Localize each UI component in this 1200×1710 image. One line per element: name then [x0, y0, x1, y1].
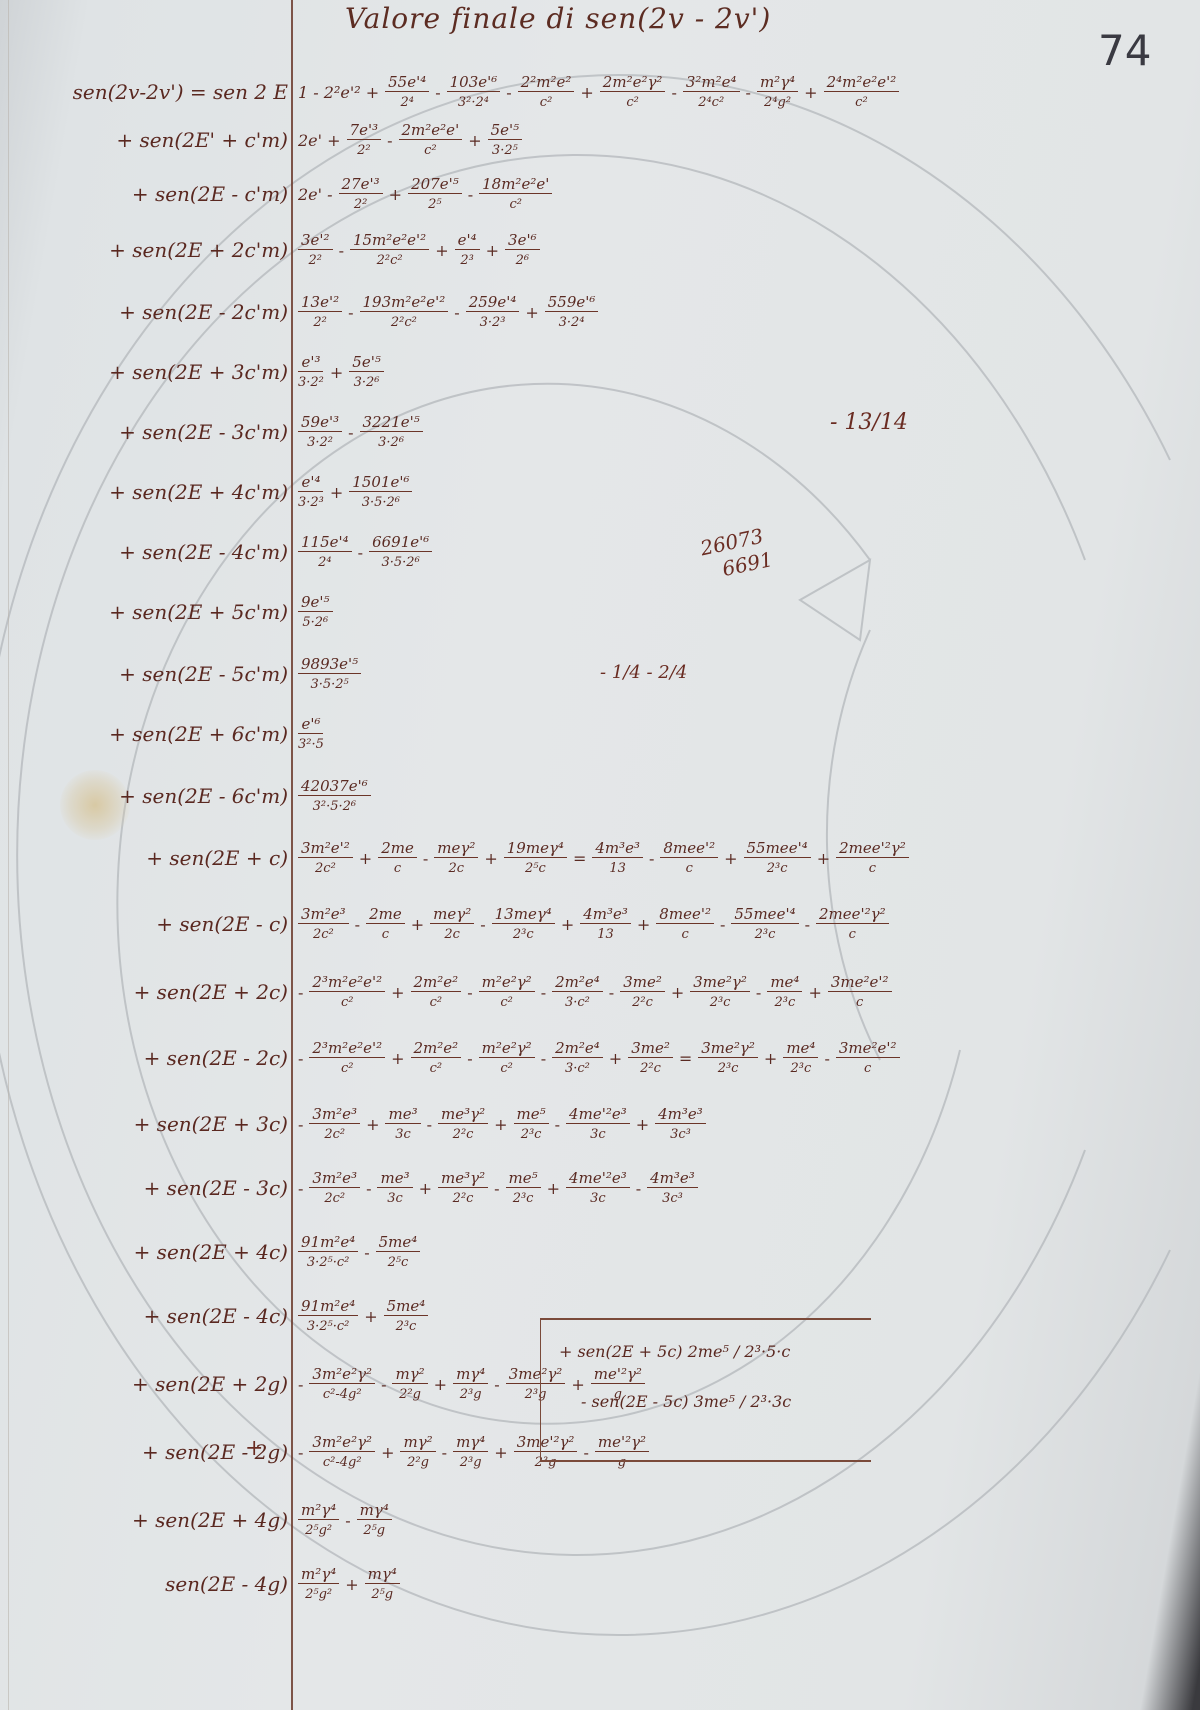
row-label: + sen(2E - 6c'm) — [119, 784, 288, 808]
fraction-term: e'⁶3²·5 — [298, 716, 324, 753]
fraction-term: 207e'⁵2⁵ — [408, 176, 462, 213]
row-label: + sen(2E + 4c) — [134, 1240, 288, 1264]
operator: - — [468, 185, 473, 204]
denominator: c²-4g² — [323, 1384, 362, 1403]
series-row: + sen(2E - c'm)2e' -27e'³2²+207e'⁵2⁵-18m… — [0, 182, 1200, 222]
series-row: + sen(2E + 3c'm)e'³3·2²+5e'⁵3·2⁶ — [0, 360, 1200, 400]
series-row: sen(2E - 4g)m²γ⁴2⁵g²+mγ⁴2⁵g — [0, 1572, 1200, 1612]
fraction-term: me³3c — [377, 1170, 412, 1207]
denominator: c² — [500, 992, 513, 1011]
fraction-term: m²γ⁴2⁴g² — [757, 74, 798, 111]
operator: - — [494, 1375, 499, 1394]
operator: + — [330, 363, 343, 382]
numerator: 2mee'²γ² — [836, 840, 909, 858]
denominator: c — [394, 858, 401, 877]
denominator: 3c — [395, 1124, 411, 1143]
numerator: 7e'³ — [347, 122, 382, 140]
denominator: 2³c — [767, 858, 788, 877]
fraction-term: e'⁴3·2³ — [298, 474, 324, 511]
fraction-term: 7e'³2² — [347, 122, 382, 159]
operator: + — [468, 131, 481, 150]
denominator: 3·2⁶ — [354, 372, 380, 391]
page-title: Valore finale di sen(2v - 2v') — [345, 2, 771, 35]
row-label: + sen(2E + 2c) — [134, 980, 288, 1004]
numerator: 3me²γ² — [690, 974, 750, 992]
denominator: 2c — [444, 924, 460, 943]
operator: - — [636, 1179, 641, 1198]
numerator: 3me² — [620, 974, 665, 992]
operator: - — [358, 543, 363, 562]
numerator: 559e'⁶ — [545, 294, 599, 312]
denominator: c² — [341, 1058, 354, 1077]
operator: - — [555, 1115, 560, 1134]
fraction-term: me⁴2³c — [767, 974, 802, 1011]
fraction-term: 8mee'²c — [656, 906, 714, 943]
numerator: 3e'⁶ — [505, 232, 540, 250]
series-row: + sen(2E + 6c'm)e'⁶3²·5 — [0, 722, 1200, 762]
denominator: 3·5·2⁶ — [362, 492, 400, 511]
numerator: 2²m²e² — [518, 74, 575, 92]
fraction-term: 5e'⁵3·2⁵ — [488, 122, 523, 159]
numerator: 5me⁴ — [376, 1234, 421, 1252]
numerator: 2⁴m²e²e'² — [824, 74, 900, 92]
numerator: 27e'³ — [339, 176, 383, 194]
numerator: 2m²e⁴ — [552, 974, 603, 992]
manuscript-page: Valore finale di sen(2v - 2v') 74 sen(2v… — [0, 0, 1200, 1710]
denominator: 2⁴ — [318, 552, 331, 571]
numerator: 3me²e'² — [836, 1040, 900, 1058]
operator: - — [366, 1179, 371, 1198]
numerator: 3me²γ² — [698, 1040, 758, 1058]
fraction-term: 5me⁴2³c — [384, 1298, 429, 1335]
fraction-term: 3me²γ²2³c — [690, 974, 750, 1011]
row-terms: 3m²e³2c²-2mec+meγ²2c-13meγ⁴2³c+4m³e³13+8… — [298, 906, 889, 943]
plain-term: 1 - 2²e'² + — [298, 84, 379, 101]
row-label: + sen(2E + 4g) — [132, 1508, 288, 1532]
denominator: 2³g — [460, 1384, 482, 1403]
numerator: me³γ² — [438, 1170, 488, 1188]
operator: + — [411, 915, 424, 934]
row-terms: 13e'²2²-193m²e²e'²2²c²-259e'⁴3·2³+559e'⁶… — [298, 294, 598, 331]
denominator: 2⁵g² — [305, 1584, 332, 1603]
operator: - — [746, 83, 751, 102]
operator: + — [764, 1049, 777, 1068]
row-label: + sen(2E - c'm) — [132, 182, 288, 206]
operator: - — [442, 1443, 447, 1462]
operator: + — [808, 983, 821, 1002]
numerator: meγ² — [430, 906, 474, 924]
fraction-term: 59e'³3·2² — [298, 414, 342, 451]
row-label: + sen(2E + 3c'm) — [109, 360, 288, 384]
denominator: 2³c — [774, 992, 795, 1011]
series-row: sen(2v-2v') = sen 2 E1 - 2²e'² +55e'⁴2⁴-… — [0, 80, 1200, 120]
row-label: + sen(2E - 4c) — [144, 1304, 288, 1328]
denominator: 3c³ — [662, 1188, 683, 1207]
denominator: 2³c — [513, 1188, 534, 1207]
row-label: sen(2v-2v') = sen 2 E — [73, 80, 288, 104]
denominator: 3c — [387, 1188, 403, 1207]
fraction-term: 55mee'⁴2³c — [731, 906, 798, 943]
fraction-term: 3e'⁶2⁶ — [505, 232, 540, 269]
operator: - — [467, 1049, 472, 1068]
numerator: mγ⁴ — [453, 1434, 488, 1452]
operator: + — [486, 241, 499, 260]
fraction-term: 91m²e⁴3·2⁵·c² — [298, 1234, 358, 1271]
fraction-term: me⁴2³c — [783, 1040, 818, 1077]
numerator: me³ — [385, 1106, 420, 1124]
fraction-term: 4m³e³3c³ — [655, 1106, 706, 1143]
series-row: + sen(2E - c)3m²e³2c²-2mec+meγ²2c-13meγ⁴… — [0, 912, 1200, 952]
denominator: 2⁵g — [371, 1584, 393, 1603]
numerator: e'³ — [298, 354, 323, 372]
row-label: sen(2E - 4g) — [165, 1572, 288, 1596]
operator: + — [494, 1443, 507, 1462]
numerator: 2³m²e²e'² — [309, 1040, 385, 1058]
fraction-term: m²γ⁴2⁵g² — [298, 1502, 339, 1539]
series-row: + sen(2E' + c'm)2e' +7e'³2²-2m²e²e'c²+5e… — [0, 128, 1200, 168]
numerator: 2³m²e²e'² — [309, 974, 385, 992]
denominator: c² — [509, 194, 522, 213]
denominator: 2c — [449, 858, 465, 877]
fraction-term: 2mec — [366, 906, 405, 943]
numerator: mγ⁴ — [357, 1502, 392, 1520]
operator: - — [348, 303, 353, 322]
fraction-term: m²e²γ²c² — [479, 1040, 535, 1077]
series-row: + sen(2E + 3c)-3m²e³2c²+me³3c-me³γ²2²c+m… — [0, 1112, 1200, 1152]
fraction-term: 2m²e²c² — [411, 1040, 462, 1077]
denominator: 3·2⁵·c² — [307, 1252, 350, 1271]
fraction-term: 91m²e⁴3·2⁵·c² — [298, 1298, 358, 1335]
row-terms: 115e'⁴2⁴-6691e'⁶3·5·2⁶ — [298, 534, 432, 571]
row-terms: m²γ⁴2⁵g²+mγ⁴2⁵g — [298, 1566, 400, 1603]
operator: - — [609, 983, 614, 1002]
operator: + — [435, 241, 448, 260]
denominator: 2²g — [407, 1452, 429, 1471]
denominator: 2c² — [324, 1124, 345, 1143]
fraction-term: mγ⁴2³g — [453, 1366, 488, 1403]
operator: + — [389, 185, 402, 204]
numerator: m²γ⁴ — [298, 1502, 339, 1520]
numerator: 2m²e²e' — [399, 122, 463, 140]
numerator: mγ⁴ — [453, 1366, 488, 1384]
operator: + — [547, 1179, 560, 1198]
fraction-term: 2mec — [378, 840, 417, 877]
operator: - — [348, 423, 353, 442]
numerator: 2m²e² — [411, 1040, 462, 1058]
operator: - — [824, 1049, 829, 1068]
numerator: 13meγ⁴ — [492, 906, 555, 924]
fraction-term: 15m²e²e'²2²c² — [350, 232, 429, 269]
denominator: c² — [626, 92, 639, 111]
operator: - — [671, 83, 676, 102]
fraction-term: 18m²e²e'c² — [479, 176, 552, 213]
series-row: + sen(2E - 4c'm)115e'⁴2⁴-6691e'⁶3·5·2⁶ — [0, 540, 1200, 580]
fraction-term: 55mee'⁴2³c — [744, 840, 811, 877]
series-row: + sen(2E - 3c'm)59e'³3·2²-3221e'⁵3·2⁶ — [0, 420, 1200, 460]
denominator: c² — [430, 992, 443, 1011]
boxed-note: + sen(2E + 5c) 2me⁵ / 2³·5·c - sen(2E - … — [540, 1318, 871, 1462]
operator: + — [637, 915, 650, 934]
numerator: 18m²e²e' — [479, 176, 552, 194]
denominator: c² — [424, 140, 437, 159]
row-terms: 2e' +7e'³2²-2m²e²e'c²+5e'⁵3·2⁵ — [298, 122, 522, 159]
row-terms: 3e'²2²-15m²e²e'²2²c²+e'⁴2³+3e'⁶2⁶ — [298, 232, 540, 269]
numerator: 4m³e³ — [647, 1170, 698, 1188]
fraction-term: 2⁴m²e²e'²c² — [824, 74, 900, 111]
row-terms: -2³m²e²e'²c²+2m²e²c²-m²e²γ²c²-2m²e⁴3·c²+… — [298, 1040, 900, 1077]
row-label: + sen(2E + c) — [146, 846, 288, 870]
fraction-term: 3me²2²c — [628, 1040, 673, 1077]
series-row: + sen(2E - 2c'm)13e'²2²-193m²e²e'²2²c²-2… — [0, 300, 1200, 340]
numerator: 3me² — [628, 1040, 673, 1058]
numerator: m²γ⁴ — [757, 74, 798, 92]
fraction-term: 5me⁴2⁵c — [376, 1234, 421, 1271]
numerator: 13e'² — [298, 294, 342, 312]
numerator: m²γ⁴ — [298, 1566, 339, 1584]
numerator: me⁴ — [767, 974, 802, 992]
denominator: 3·2² — [307, 432, 333, 451]
numerator: 9e'⁵ — [298, 594, 333, 612]
numerator: 2m²e² — [411, 974, 462, 992]
denominator: 2c² — [324, 1188, 345, 1207]
operator: + — [525, 303, 538, 322]
operator: - — [298, 1443, 303, 1462]
fraction-term: 3e'²2² — [298, 232, 333, 269]
operator: - — [494, 1179, 499, 1198]
row-terms: -3m²e³2c²-me³3c+me³γ²2²c-me⁵2³c+4me'²e³3… — [298, 1170, 698, 1207]
numerator: 2me — [366, 906, 405, 924]
row-label: + sen(2E - 2c) — [144, 1046, 288, 1070]
denominator: 3·2⁶ — [378, 432, 404, 451]
fraction-term: mγ⁴2³g — [453, 1434, 488, 1471]
operator: - — [541, 1049, 546, 1068]
denominator: 2²c — [453, 1124, 474, 1143]
numerator: 55mee'⁴ — [744, 840, 811, 858]
operator: - — [298, 1049, 303, 1068]
fraction-term: me⁵2³c — [506, 1170, 541, 1207]
numerator: 2mee'²γ² — [816, 906, 889, 924]
row-terms: -3m²e³2c²+me³3c-me³γ²2²c+me⁵2³c-4me'²e³3… — [298, 1106, 706, 1143]
numerator: 91m²e⁴ — [298, 1234, 358, 1252]
numerator: me⁵ — [514, 1106, 549, 1124]
fraction-term: 2³m²e²e'²c² — [309, 974, 385, 1011]
numerator: me³γ² — [438, 1106, 488, 1124]
operator: - — [805, 915, 810, 934]
numerator: 4me'²e³ — [566, 1170, 630, 1188]
denominator: 2²g — [399, 1384, 421, 1403]
series-row: + sen(2E - 2c)-2³m²e²e'²c²+2m²e²c²-m²e²γ… — [0, 1046, 1200, 1086]
fraction-term: 559e'⁶3·2⁴ — [545, 294, 599, 331]
boxed-note-line-1: + sen(2E + 5c) 2me⁵ / 2³·5·c — [559, 1342, 790, 1361]
denominator: c — [869, 858, 876, 877]
operator: - — [480, 915, 485, 934]
denominator: c² — [500, 1058, 513, 1077]
denominator: 3·2⁵·c² — [307, 1316, 350, 1335]
fraction-term: 42037e'⁶3²·5·2⁶ — [298, 778, 371, 815]
numerator: 42037e'⁶ — [298, 778, 371, 796]
fraction-term: 3m²e³2c² — [298, 906, 349, 943]
series-row: + sen(2E + 4c)91m²e⁴3·2⁵·c²-5me⁴2⁵c — [0, 1240, 1200, 1280]
fraction-term: m²e²γ²c² — [479, 974, 535, 1011]
fraction-term: m²γ⁴2⁵g² — [298, 1566, 339, 1603]
series-row: + sen(2E + 4g)m²γ⁴2⁵g²-mγ⁴2⁵g — [0, 1508, 1200, 1548]
series-row: + sen(2E + c)3m²e'²2c²+2mec-meγ²2c+19meγ… — [0, 846, 1200, 886]
numerator: me⁵ — [506, 1170, 541, 1188]
fraction-term: 4m³e³13 — [580, 906, 631, 943]
denominator: 2²c — [640, 1058, 661, 1077]
fraction-term: mγ²2²g — [400, 1434, 435, 1471]
operator: + — [434, 1375, 447, 1394]
operator: - — [649, 849, 654, 868]
plain-term: 2e' - — [298, 186, 333, 203]
margin-plus-mark: + — [245, 1436, 263, 1461]
denominator: 2⁴c² — [698, 92, 724, 111]
row-label: + sen(2E - 2c'm) — [119, 300, 288, 324]
numerator: e'⁶ — [298, 716, 323, 734]
numerator: m²e²γ² — [479, 1040, 535, 1058]
denominator: 2² — [309, 250, 322, 269]
denominator: c — [856, 992, 863, 1011]
series-row: + sen(2E + 5c'm)9e'⁵5·2⁶ — [0, 600, 1200, 640]
operator: + — [671, 983, 684, 1002]
row-terms: e'⁴3·2³+1501e'⁶3·5·2⁶ — [298, 474, 412, 511]
denominator: 2²c² — [391, 312, 417, 331]
row-terms: 59e'³3·2²-3221e'⁵3·2⁶ — [298, 414, 423, 451]
fraction-term: mγ²2²g — [392, 1366, 427, 1403]
numerator: 9893e'⁵ — [298, 656, 361, 674]
row-label: + sen(2E + 3c) — [134, 1112, 288, 1136]
denominator: c² — [855, 92, 868, 111]
numerator: me⁴ — [783, 1040, 818, 1058]
denominator: c — [382, 924, 389, 943]
denominator: 3·c² — [565, 992, 590, 1011]
fraction-term: 115e'⁴2⁴ — [298, 534, 352, 571]
denominator: 3²·5·2⁶ — [313, 796, 357, 815]
denominator: 3·5·2⁶ — [382, 552, 420, 571]
numerator: 55mee'⁴ — [731, 906, 798, 924]
denominator: 2²c² — [377, 250, 403, 269]
fraction-term: 2mee'²γ²c — [836, 840, 909, 877]
operator: - — [541, 983, 546, 1002]
denominator: 2⁵c — [525, 858, 546, 877]
fraction-term: 19meγ⁴2⁵c — [504, 840, 567, 877]
denominator: 2³c — [396, 1316, 417, 1335]
numerator: 91m²e⁴ — [298, 1298, 358, 1316]
numerator: 3m²e²γ² — [309, 1434, 375, 1452]
denominator: 2c² — [313, 924, 334, 943]
denominator: 2³c — [718, 1058, 739, 1077]
fraction-term: 4me'²e³3c — [566, 1170, 630, 1207]
numerator: 2m²e²γ² — [600, 74, 666, 92]
row-label: + sen(2E - 4c'm) — [119, 540, 288, 564]
operator: + — [381, 1443, 394, 1462]
numerator: 115e'⁴ — [298, 534, 352, 552]
margin-note-fraction: - 13/14 — [830, 410, 908, 435]
fraction-term: me³3c — [385, 1106, 420, 1143]
numerator: mγ⁴ — [365, 1566, 400, 1584]
numerator: 4m³e³ — [655, 1106, 706, 1124]
fraction-term: 3m²e²γ²c²-4g² — [309, 1366, 375, 1403]
series-row: + sen(2E + 4c'm)e'⁴3·2³+1501e'⁶3·5·2⁶ — [0, 480, 1200, 520]
numerator: 207e'⁵ — [408, 176, 462, 194]
fraction-term: 55e'⁴2⁴ — [385, 74, 429, 111]
operator: - — [355, 915, 360, 934]
fraction-term: me⁵2³c — [514, 1106, 549, 1143]
operator: + — [561, 915, 574, 934]
fraction-term: me³γ²2²c — [438, 1170, 488, 1207]
denominator: 2⁴g² — [764, 92, 791, 111]
numerator: 2me — [378, 840, 417, 858]
fraction-term: mγ⁴2⁵g — [357, 1502, 392, 1539]
denominator: 2⁵g² — [305, 1520, 332, 1539]
denominator: 2c² — [315, 858, 336, 877]
denominator: 2³c — [790, 1058, 811, 1077]
operator: = — [573, 849, 586, 868]
operator: + — [364, 1307, 377, 1326]
fraction-term: 6691e'⁶3·5·2⁶ — [369, 534, 432, 571]
operator: - — [454, 303, 459, 322]
operator: + — [345, 1575, 358, 1594]
fraction-term: 2²m²e²c² — [518, 74, 575, 111]
numerator: 5e'⁵ — [488, 122, 523, 140]
operator: + — [804, 83, 817, 102]
row-label: + sen(2E' + c'm) — [116, 128, 288, 152]
numerator: 55e'⁴ — [385, 74, 429, 92]
row-label: + sen(2E + 4c'm) — [109, 480, 288, 504]
operator: + — [391, 983, 404, 1002]
numerator: 19meγ⁴ — [504, 840, 567, 858]
denominator: 2⁵ — [428, 194, 441, 213]
row-label: + sen(2E + 2c'm) — [109, 238, 288, 262]
operator: - — [339, 241, 344, 260]
series-row: + sen(2E - 6c'm)42037e'⁶3²·5·2⁶ — [0, 784, 1200, 824]
denominator: 3·c² — [565, 1058, 590, 1077]
numerator: mγ² — [400, 1434, 435, 1452]
fraction-term: 13e'²2² — [298, 294, 342, 331]
denominator: 13 — [609, 858, 626, 877]
fraction-term: 193m²e²e'²2²c² — [360, 294, 449, 331]
fraction-term: 259e'⁴3·2³ — [466, 294, 520, 331]
numerator: 2m²e⁴ — [552, 1040, 603, 1058]
numerator: 8mee'² — [656, 906, 714, 924]
fraction-term: 3me²e'²c — [828, 974, 892, 1011]
row-label: + sen(2E - 5c'm) — [119, 662, 288, 686]
operator: = — [679, 1049, 692, 1068]
numerator: 8mee'² — [660, 840, 718, 858]
fraction-term: 3221e'⁵3·2⁶ — [360, 414, 423, 451]
fraction-term: meγ²2c — [430, 906, 474, 943]
fraction-term: 5e'⁵3·2⁶ — [349, 354, 384, 391]
denominator: c²-4g² — [323, 1452, 362, 1471]
operator: - — [298, 1375, 303, 1394]
fraction-term: e'⁴2³ — [455, 232, 480, 269]
denominator: 2²c — [453, 1188, 474, 1207]
fraction-term: 2m²e⁴3·c² — [552, 1040, 603, 1077]
operator: + — [636, 1115, 649, 1134]
row-terms: 9893e'⁵3·5·2⁵ — [298, 656, 361, 693]
folio-number: 74 — [1098, 26, 1151, 75]
denominator: 3·2⁵ — [492, 140, 518, 159]
denominator: c — [681, 924, 688, 943]
row-label: + sen(2E - 3c'm) — [119, 420, 288, 444]
operator: + — [817, 849, 830, 868]
numerator: meγ² — [434, 840, 478, 858]
operator: - — [298, 1115, 303, 1134]
numerator: 3me²e'² — [828, 974, 892, 992]
row-terms: m²γ⁴2⁵g²-mγ⁴2⁵g — [298, 1502, 392, 1539]
fraction-term: 2m²e²γ²c² — [600, 74, 666, 111]
fraction-term: 2mee'²γ²c — [816, 906, 889, 943]
